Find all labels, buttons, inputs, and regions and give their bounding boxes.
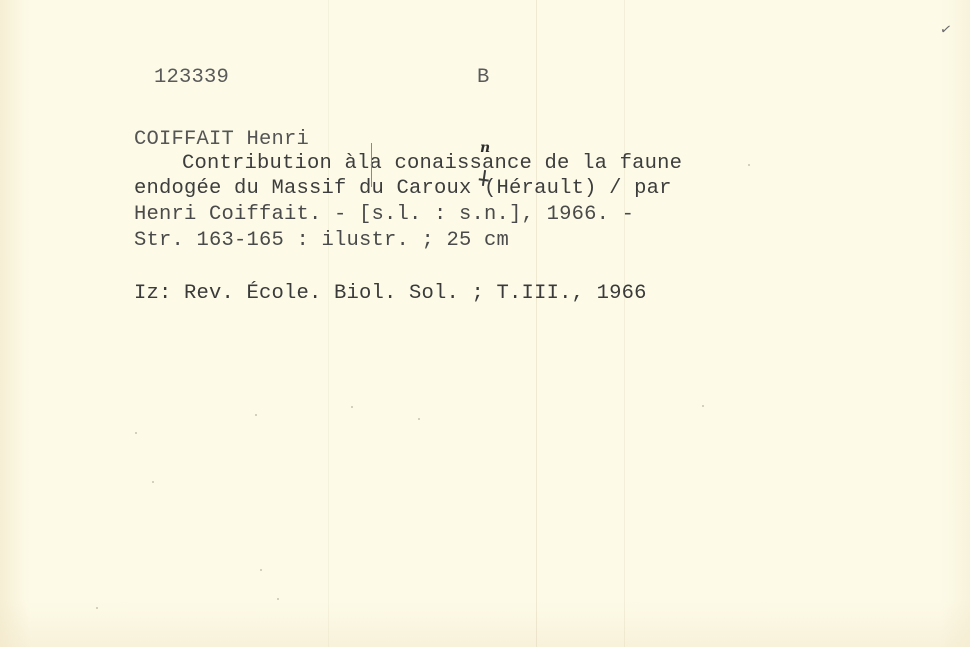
location-code: B [477, 68, 490, 89]
checkmark-icon: ✓ [939, 21, 953, 39]
catalog-card: 123339 B COIFFAIT Henri Contribution àla… [0, 0, 970, 647]
paper-speck [96, 607, 98, 609]
paper-speck [702, 405, 704, 407]
paper-speck [748, 164, 750, 166]
paper-speck [260, 569, 262, 571]
source-note: Iz: Rev. École. Biol. Sol. ; T.III., 196… [134, 284, 647, 305]
paper-speck [418, 418, 420, 420]
paper-fold-line [328, 0, 329, 647]
author-heading: COIFFAIT Henri [134, 130, 309, 151]
accession-number: 123339 [154, 68, 229, 89]
title-line-2: endogée du Massif du Caroux (Hérault) / … [134, 179, 672, 200]
paper-speck [277, 598, 279, 600]
pencil-mark [371, 143, 372, 187]
paper-speck [152, 481, 154, 483]
paper-speck [135, 432, 137, 434]
paper-fold-line [624, 0, 625, 647]
paper-fold-line [536, 0, 537, 647]
publication-line: Henri Coiffait. - [s.l. : s.n.], 1966. - [134, 205, 634, 226]
title-line-1: Contribution àla conaissance de la faune [182, 154, 682, 175]
handwritten-insertion-letter: n [480, 140, 490, 156]
paper-speck [255, 414, 257, 416]
physical-description-line: Str. 163-165 : ilustr. ; 25 cm [134, 231, 509, 252]
paper-speck [351, 406, 353, 408]
